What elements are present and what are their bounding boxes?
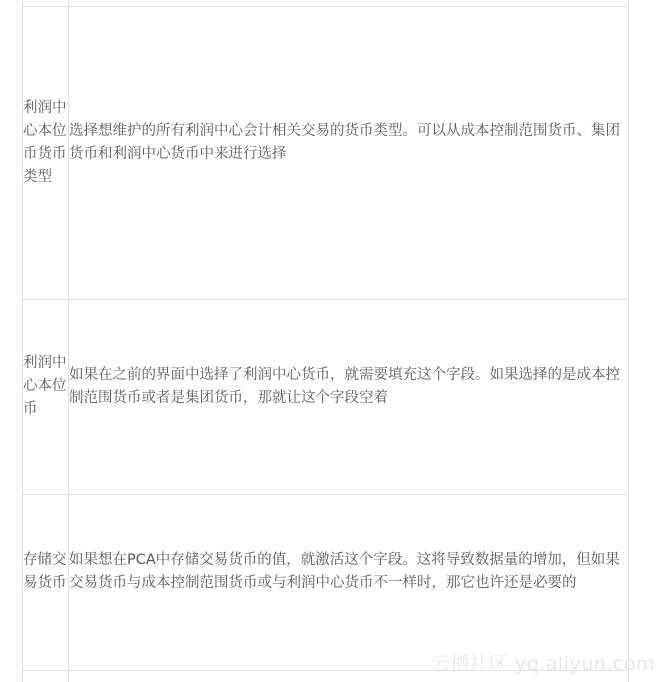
page: 利润中心本位币货币类型 选择想维护的所有利润中心会计相关交易的货币类型。可以从成… bbox=[0, 0, 664, 682]
field-name-text: 利润中心本位币货币类型 bbox=[23, 97, 68, 189]
field-name-cell: 利润中心本位币货币类型 bbox=[23, 6, 69, 299]
field-description-cell: 如果想在PCA中存储交易货币的值，就激活这个字段。这将导致数据量的增加，但如果交… bbox=[69, 494, 629, 670]
field-name-cell bbox=[23, 670, 69, 682]
field-name-text: 利润中心本位币 bbox=[23, 352, 68, 421]
field-description-text: 选择想维护的所有利润中心会计相关交易的货币类型。可以从成本控制范围货币、集团货币… bbox=[69, 120, 628, 166]
table-row: 利润中心本位币货币类型 选择想维护的所有利润中心会计相关交易的货币类型。可以从成… bbox=[23, 6, 629, 299]
field-name-text: 存储交易货币 bbox=[23, 549, 68, 595]
field-description-table: 利润中心本位币货币类型 选择想维护的所有利润中心会计相关交易的货币类型。可以从成… bbox=[22, 0, 629, 682]
field-name-cell: 利润中心本位币 bbox=[23, 299, 69, 494]
field-description-cell: 如果在之前的界面中选择了利润中心货币，就需要填充这个字段。如果选择的是成本控制范… bbox=[69, 299, 629, 494]
field-name-cell: 存储交易货币 bbox=[23, 494, 69, 670]
field-description-cell: 选择想维护的所有利润中心会计相关交易的货币类型。可以从成本控制范围货币、集团货币… bbox=[69, 6, 629, 299]
table-row: 利润中心本位币 如果在之前的界面中选择了利润中心货币，就需要填充这个字段。如果选… bbox=[23, 299, 629, 494]
table-row-partial-bottom bbox=[23, 670, 629, 682]
field-description-text: 如果在之前的界面中选择了利润中心货币，就需要填充这个字段。如果选择的是成本控制范… bbox=[69, 364, 628, 410]
table-row: 存储交易货币 如果想在PCA中存储交易货币的值，就激活这个字段。这将导致数据量的… bbox=[23, 494, 629, 670]
field-description-cell bbox=[69, 670, 629, 682]
field-description-text: 如果想在PCA中存储交易货币的值，就激活这个字段。这将导致数据量的增加，但如果交… bbox=[69, 549, 628, 595]
